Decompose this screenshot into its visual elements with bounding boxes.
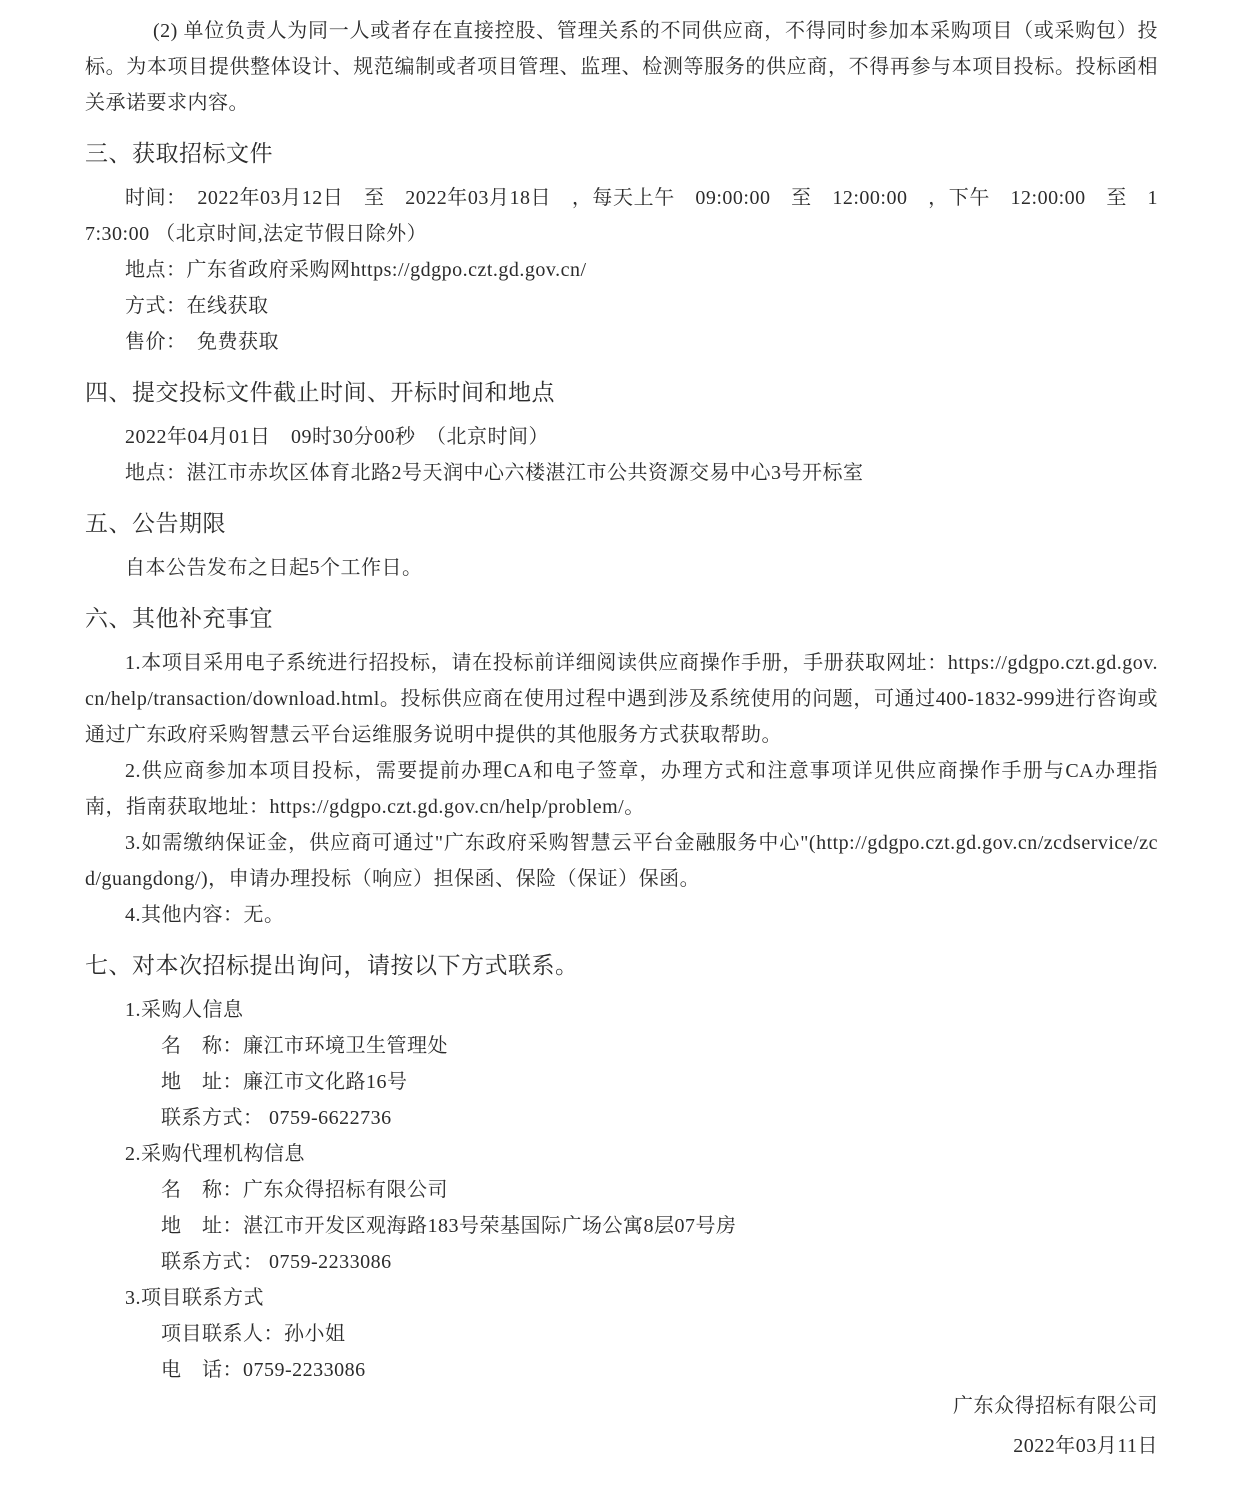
section-6-title: 六、其他补充事宜	[85, 600, 1158, 637]
section-5-title: 五、公告期限	[85, 505, 1158, 542]
project-contact-phone: 电 话：0759-2233086	[85, 1352, 1158, 1388]
obtain-documents-time: 时间： 2022年03月12日 至 2022年03月18日 ，每天上午 09:0…	[85, 180, 1158, 252]
signature-company: 广东众得招标有限公司	[85, 1388, 1158, 1424]
agency-address: 地 址：湛江市开发区观海路183号荣基国际广场公寓8层07号房	[85, 1208, 1158, 1244]
tender-announcement-page: (2) 单位负责人为同一人或者存在直接控股、管理关系的不同供应商，不得同时参加本…	[0, 0, 1236, 1488]
purchaser-name: 名 称：廉江市环境卫生管理处	[85, 1028, 1158, 1064]
signature-date: 2022年03月11日	[85, 1428, 1158, 1464]
announcement-period: 自本公告发布之日起5个工作日。	[85, 550, 1158, 586]
obtain-documents-place: 地点：广东省政府采购网https://gdgpo.czt.gd.gov.cn/	[85, 252, 1158, 288]
agency-info-heading: 2.采购代理机构信息	[85, 1136, 1158, 1172]
purchaser-info-heading: 1.采购人信息	[85, 992, 1158, 1028]
supplement-item-4: 4.其他内容：无。	[85, 897, 1158, 933]
section-4-title: 四、提交投标文件截止时间、开标时间和地点	[85, 374, 1158, 411]
agency-contact: 联系方式： 0759-2233086	[85, 1244, 1158, 1280]
project-contact-heading: 3.项目联系方式	[85, 1280, 1158, 1316]
bid-opening-place: 地点：湛江市赤坎区体育北路2号天润中心六楼湛江市公共资源交易中心3号开标室	[85, 455, 1158, 491]
obtain-documents-method: 方式：在线获取	[85, 288, 1158, 324]
agency-name: 名 称：广东众得招标有限公司	[85, 1172, 1158, 1208]
obtain-documents-price: 售价： 免费获取	[85, 324, 1158, 360]
supplement-item-1: 1.本项目采用电子系统进行招投标，请在投标前详细阅读供应商操作手册，手册获取网址…	[85, 645, 1158, 753]
purchaser-address: 地 址：廉江市文化路16号	[85, 1064, 1158, 1100]
bid-deadline-datetime: 2022年04月01日 09时30分00秒 （北京时间）	[85, 419, 1158, 455]
supplement-item-2: 2.供应商参加本项目投标，需要提前办理CA和电子签章，办理方式和注意事项详见供应…	[85, 753, 1158, 825]
clause-2-paragraph: (2) 单位负责人为同一人或者存在直接控股、管理关系的不同供应商，不得同时参加本…	[85, 13, 1158, 121]
section-3-title: 三、获取招标文件	[85, 135, 1158, 172]
purchaser-contact: 联系方式： 0759-6622736	[85, 1100, 1158, 1136]
project-contact-person: 项目联系人：孙小姐	[85, 1316, 1158, 1352]
supplement-item-3: 3.如需缴纳保证金，供应商可通过"广东政府采购智慧云平台金融服务中心"(http…	[85, 825, 1158, 897]
section-7-title: 七、对本次招标提出询问，请按以下方式联系。	[85, 947, 1158, 984]
